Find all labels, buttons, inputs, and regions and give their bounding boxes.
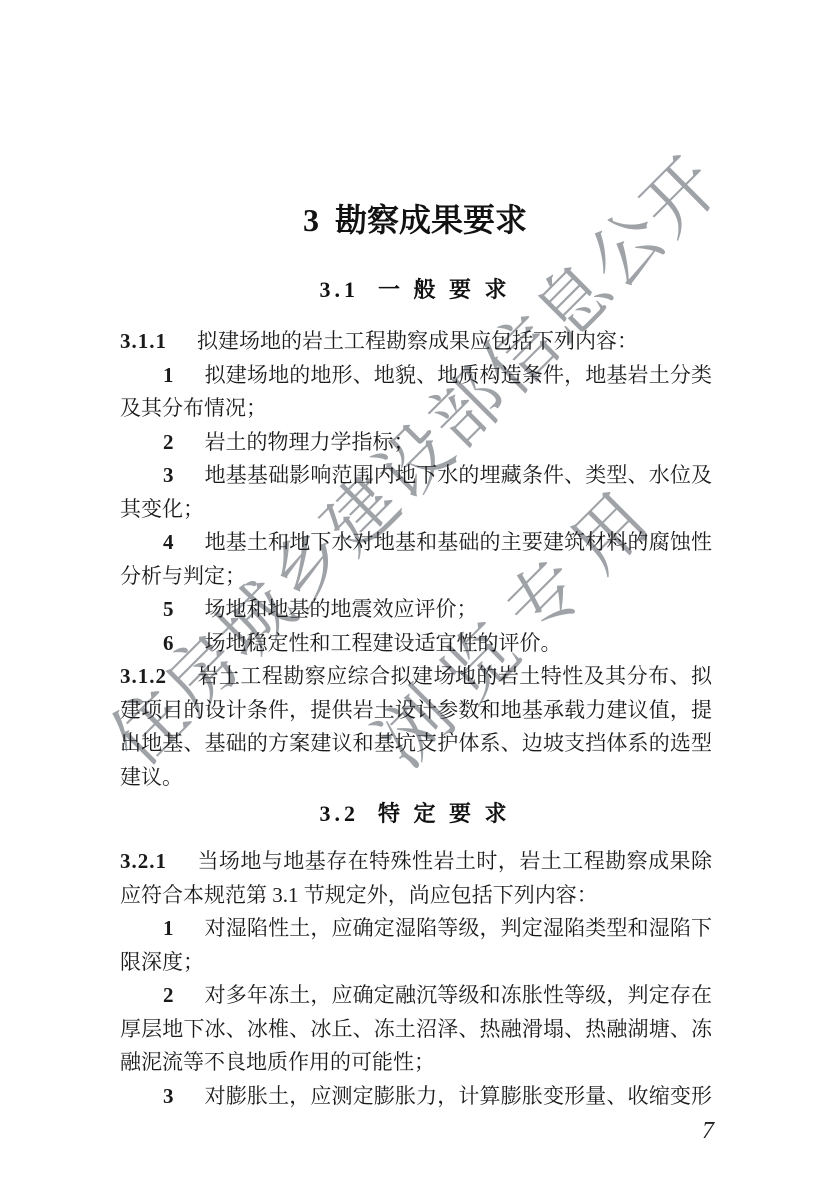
body-line: 限深度； — [120, 946, 712, 980]
clause-number: 3.1.1 — [120, 329, 167, 353]
clause-text: 其变化； — [120, 497, 204, 521]
body-line: 应符合本规范第 3.1 节规定外，尚应包括下列内容： — [120, 879, 712, 913]
section-3-2-body: 3.2.1当场地与地基存在特殊性岩土时，岩土工程勘察成果除应符合本规范第 3.1… — [120, 845, 712, 1113]
clause-text: 建议。 — [120, 765, 183, 789]
clause-number: 3 — [163, 463, 175, 487]
body-line: 3对膨胀土，应测定膨胀力，计算膨胀变形量、收缩变形 — [120, 1080, 712, 1114]
body-line: 3地基基础影响范围内地下水的埋藏条件、类型、水位及 — [120, 459, 712, 493]
body-line: 分析与判定； — [120, 560, 712, 594]
body-line: 建项目的设计条件，提供岩土设计参数和地基承载力建议值，提 — [120, 694, 712, 728]
clause-text: 地基基础影响范围内地下水的埋藏条件、类型、水位及 — [205, 463, 713, 487]
clause-text: 场地稳定性和工程建设适宜性的评价。 — [205, 631, 562, 655]
clause-text: 对多年冻土，应确定融沉等级和冻胀性等级，判定存在 — [205, 983, 713, 1007]
clause-number: 3.1.2 — [120, 664, 167, 688]
clause-number: 1 — [163, 363, 175, 387]
clause-text: 分析与判定； — [120, 564, 246, 588]
clause-text: 及其分布情况； — [120, 396, 267, 420]
body-line: 5场地和地基的地震效应评价； — [120, 593, 712, 627]
clause-number: 3 — [163, 1084, 175, 1108]
body-line: 3.1.1拟建场地的岩土工程勘察成果应包括下列内容： — [120, 325, 712, 359]
clause-text: 融泥流等不良地质作用的可能性； — [120, 1050, 435, 1074]
section-3-1-heading: 3.1 一 般 要 求 — [118, 276, 712, 304]
page-number: 7 — [702, 1118, 714, 1145]
section-3-2-heading: 3.2 特 定 要 求 — [118, 800, 712, 828]
clause-text: 对湿陷性土，应确定湿陷等级，判定湿陷类型和湿陷下 — [205, 916, 713, 940]
clause-text: 出地基、基础的方案建议和基坑支护体系、边坡支挡体系的选型 — [120, 731, 712, 755]
clause-number: 4 — [163, 530, 175, 554]
clause-text: 应符合本规范第 3.1 节规定外，尚应包括下列内容： — [120, 883, 598, 907]
body-line: 其变化； — [120, 493, 712, 527]
clause-text: 岩土工程勘察应综合拟建场地的岩土特性及其分布、拟 — [197, 664, 712, 688]
clause-text: 岩土的物理力学指标； — [205, 430, 415, 454]
section-3-1-body: 3.1.1拟建场地的岩土工程勘察成果应包括下列内容：1拟建场地的地形、地貌、地质… — [120, 325, 712, 794]
body-line: 出地基、基础的方案建议和基坑支护体系、边坡支挡体系的选型 — [120, 727, 712, 761]
body-line: 及其分布情况； — [120, 392, 712, 426]
body-line: 1拟建场地的地形、地貌、地质构造条件，地基岩土分类 — [120, 359, 712, 393]
body-line: 厚层地下冰、冰椎、冰丘、冻土沼泽、热融滑塌、热融湖塘、冻 — [120, 1013, 712, 1047]
body-line: 3.1.2岩土工程勘察应综合拟建场地的岩土特性及其分布、拟 — [120, 660, 712, 694]
clause-number: 2 — [163, 983, 175, 1007]
body-line: 2对多年冻土，应确定融沉等级和冻胀性等级，判定存在 — [120, 979, 712, 1013]
clause-number: 5 — [163, 597, 175, 621]
body-line: 4地基土和地下水对地基和基础的主要建筑材料的腐蚀性 — [120, 526, 712, 560]
clause-text: 拟建场地的岩土工程勘察成果应包括下列内容： — [197, 329, 638, 353]
clause-number: 3.2.1 — [120, 849, 167, 873]
clause-text: 当场地与地基存在特殊性岩土时，岩土工程勘察成果除 — [197, 849, 712, 873]
clause-number: 1 — [163, 916, 175, 940]
clause-number: 6 — [163, 631, 175, 655]
chapter-title: 3 勘察成果要求 — [118, 200, 712, 240]
clause-text: 建项目的设计条件，提供岩土设计参数和地基承载力建议值，提 — [120, 698, 712, 722]
body-line: 1对湿陷性土，应确定湿陷等级，判定湿陷类型和湿陷下 — [120, 912, 712, 946]
clause-text: 限深度； — [120, 950, 204, 974]
body-line: 6场地稳定性和工程建设适宜性的评价。 — [120, 627, 712, 661]
clause-number: 2 — [163, 430, 175, 454]
body-line: 融泥流等不良地质作用的可能性； — [120, 1046, 712, 1080]
body-line: 3.2.1当场地与地基存在特殊性岩土时，岩土工程勘察成果除 — [120, 845, 712, 879]
clause-text: 厚层地下冰、冰椎、冰丘、冻土沼泽、热融滑塌、热融湖塘、冻 — [120, 1017, 712, 1041]
body-line: 建议。 — [120, 761, 712, 795]
document-page: 住房城乡建设部信息公开 浏览专用 3 勘察成果要求 3.1 一 般 要 求 3.… — [0, 0, 828, 1198]
clause-text: 地基土和地下水对地基和基础的主要建筑材料的腐蚀性 — [205, 530, 713, 554]
body-line: 2岩土的物理力学指标； — [120, 426, 712, 460]
clause-text: 场地和地基的地震效应评价； — [205, 597, 478, 621]
clause-text: 对膨胀土，应测定膨胀力，计算膨胀变形量、收缩变形 — [205, 1084, 713, 1108]
clause-text: 拟建场地的地形、地貌、地质构造条件，地基岩土分类 — [205, 363, 713, 387]
